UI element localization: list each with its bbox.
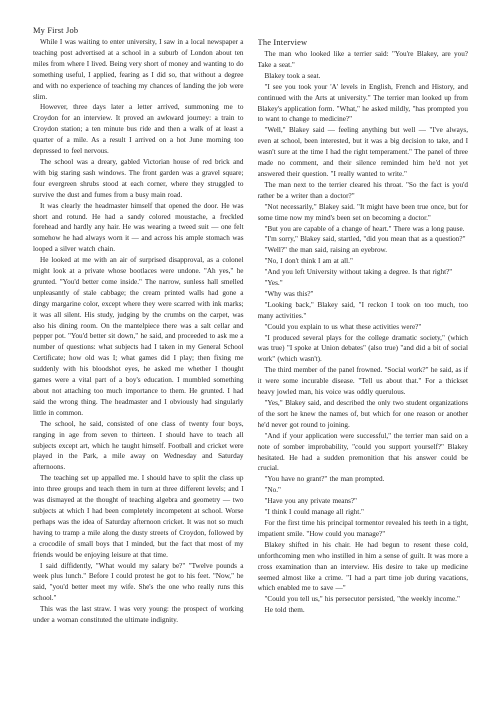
paragraph: "I produced several plays for the colleg… (258, 333, 469, 366)
document-title: My First Job (33, 25, 244, 37)
paragraph: Blakey took a seat. (258, 71, 469, 82)
right-column-text: The man who looked like a terrier said: … (258, 49, 469, 616)
paragraph: The man next to the terrier cleared his … (258, 180, 469, 202)
paragraph: "No." (258, 485, 469, 496)
paragraph: "Could you tell us," his persecutor pers… (258, 594, 469, 605)
section-heading: The Interview (258, 37, 469, 49)
paragraph: "I think I could manage all right." (258, 507, 469, 518)
paragraph: "And you left University without taking … (258, 267, 469, 278)
paragraph: "Looking back," Blakey said, "I reckon I… (258, 300, 469, 322)
paragraph: "You have no grant?" the man prompted. (258, 474, 469, 485)
paragraph: However, three days later a letter arriv… (33, 102, 244, 157)
paragraph: Blakey shifted in his chair. He had begu… (258, 540, 469, 595)
left-column-text: While I was waiting to enter university,… (33, 37, 244, 626)
paragraph: "Could you explain to us what these acti… (258, 322, 469, 333)
right-column: The Interview The man who looked like a … (258, 25, 469, 684)
paragraph: I said diffidently, "What would my salar… (33, 561, 244, 605)
paragraph: "Have you any private means?" (258, 496, 469, 507)
paragraph: "I see you took your 'A' levels in Engli… (258, 82, 469, 126)
paragraph: "And if your application were successful… (258, 431, 469, 475)
paragraph: The school, he said, consisted of one cl… (33, 419, 244, 474)
paragraph: "No, I don't think I am at all." (258, 256, 469, 267)
paragraph: For the first time his principal torment… (258, 518, 469, 540)
paragraph: He told them. (258, 605, 469, 616)
document-page: My First Job While I was waiting to ente… (0, 0, 496, 702)
paragraph: "Yes," Blakey said, and described the on… (258, 398, 469, 431)
paragraph: While I was waiting to enter university,… (33, 37, 244, 102)
paragraph: "Why was this?" (258, 289, 469, 300)
paragraph: The third member of the panel frowned. "… (258, 365, 469, 398)
paragraph: It was clearly the headmaster himself th… (33, 201, 244, 256)
paragraph: "I'm sorry," Blakey said, startled, "did… (258, 234, 469, 245)
paragraph: This was the last straw. I was very youn… (33, 604, 244, 626)
paragraph: "Well," Blakey said — feeling anything b… (258, 125, 469, 180)
paragraph: "Well?" the man said, raising an eyebrow… (258, 245, 469, 256)
paragraph: "Yes." (258, 278, 469, 289)
paragraph: The man who looked like a terrier said: … (258, 49, 469, 71)
paragraph: The school was a dreary, gabled Victoria… (33, 157, 244, 201)
paragraph: The teaching set up appalled me. I shoul… (33, 473, 244, 560)
paragraph: "Not necessarily," Blakey said. "It migh… (258, 202, 469, 224)
paragraph: He looked at me with an air of surprised… (33, 255, 244, 419)
paragraph: "But you are capable of a change of hear… (258, 224, 469, 235)
left-column: My First Job While I was waiting to ente… (33, 25, 244, 684)
